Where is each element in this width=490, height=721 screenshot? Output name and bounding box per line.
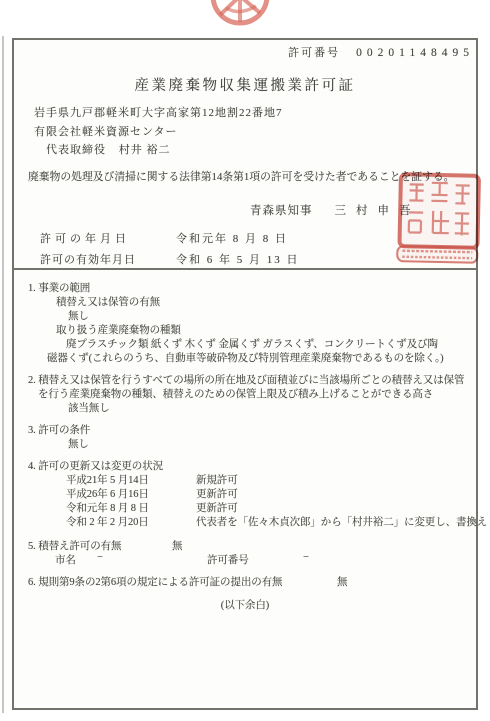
section1-waste-types-label: 取り扱う産業廃棄物の種類 [56, 322, 181, 337]
history-row-desc: 更新許可 [196, 486, 238, 501]
permit-number-row: 許可番号00201148495 [0, 43, 490, 61]
section3-heading: 3. 許可の条件 [28, 422, 90, 437]
representative-name: 村井 裕二 [119, 144, 171, 156]
section1-transfer-label: 積替え又は保管の有無 [56, 294, 160, 309]
history-row-date: 令和元年 8 月 8 日 [66, 500, 149, 515]
expiry-date-value: 令和 6 年 5 月 13 日 [176, 251, 300, 267]
certification-statement: 廃棄物の処理及び清掃に関する法律第14条第1項の許可を受けた者であることを証する… [28, 169, 454, 184]
section6-heading: 6. 規則第9条の2第6項の規定による許可証の提出の有無 [28, 574, 282, 589]
section2-line1: 2. 積替え又は保管を行うすべての場所の所在地及び面積並びに当該場所ごとの積替え… [28, 372, 464, 387]
issue-date-label: 許可の年月日 [40, 233, 130, 245]
licensee-address: 岩手県九戸郡軽米町大字高家第12地割22番地7 [34, 104, 283, 120]
document-title: 産業廃棄物収集運搬業許可証 [12, 74, 478, 95]
history-row-desc: 代表者を「佐々木貞次郎」から「村井裕二」に変更し、書換え [196, 514, 487, 529]
permit-number-label: 許可番号 [288, 47, 340, 59]
governor-square-seal-icon [394, 170, 486, 271]
section5-permit-label: 許可番号 [207, 552, 249, 567]
section5-city-value: − [97, 552, 103, 563]
licensee-company: 有限会社軽米資源センター [34, 123, 178, 139]
section4-heading: 4. 許可の更新又は変更の状況 [28, 458, 163, 473]
section1-transfer-value: 無し [68, 308, 89, 323]
section6-value: 無 [337, 574, 347, 589]
history-row-desc: 新規許可 [196, 472, 238, 487]
expiry-date-row: 許可の有効年月日 [40, 251, 136, 267]
section5-value: 無 [172, 538, 182, 553]
expiry-date-label: 許可の有効年月日 [40, 254, 136, 266]
section5-permit-value: − [303, 552, 309, 563]
governor-title: 青森県知事 [250, 205, 313, 217]
round-red-seal-icon [202, 0, 278, 30]
issue-date-row: 許可の年月日 [40, 230, 130, 246]
history-row-date: 令和 2 年 2 月20日 [66, 514, 149, 529]
section1-heading: 1. 事業の範囲 [28, 280, 90, 295]
section1-waste-types-line2: 磁器くず(これらのうち、自動車等破砕物及び特別管理産業廃棄物であるものを除く。) [47, 350, 444, 365]
section2-line2: を行う産業廃棄物の種類、積替えのための保管上限及び積み上げることができる高さ [38, 386, 433, 401]
permit-number-value: 00201148495 [356, 47, 474, 59]
section5-heading: 5. 積替え許可の有無 [28, 538, 121, 553]
section2-value: 該当無し [68, 400, 110, 415]
section5-city-label: 市名 [55, 552, 76, 567]
section1-waste-types-line1: 廃プラスチック類 紙くず 木くず 金属くず ガラスくず、コンクリートくず及び陶 [66, 336, 438, 351]
remainder-blank-note: (以下余白) [12, 597, 478, 612]
representative-title: 代表取締役 [46, 144, 106, 156]
history-row-desc: 更新許可 [196, 500, 238, 515]
representative-row: 代表取締役 村井 裕二 [46, 141, 171, 157]
history-row-date: 平成21年 5 月14日 [66, 472, 149, 487]
section3-value: 無し [68, 436, 89, 451]
scanned-permit-document: 許可番号00201148495 産業廃棄物収集運搬業許可証 岩手県九戸郡軽米町大… [0, 0, 490, 721]
scan-edge-artifact [2, 36, 4, 713]
issue-date-value: 令和元年 8 月 8 日 [176, 230, 288, 246]
history-row-date: 平成26年 6 月16日 [66, 486, 149, 501]
